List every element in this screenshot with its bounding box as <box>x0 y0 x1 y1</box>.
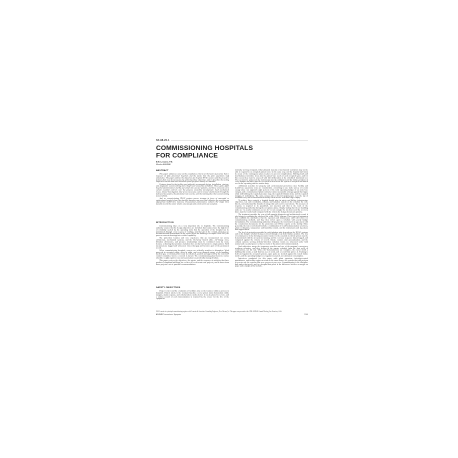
two-column-body: ABSTRACT This paper addresses some of th… <box>156 169 308 308</box>
author-footnote: E.M. Lemoine is a principal commissionin… <box>156 311 308 313</box>
author-block: E.M. Lemoine, P.E. Member ASHRAE <box>156 161 308 166</box>
author-affiliation: Member ASHRAE <box>156 163 308 165</box>
body-paragraph: Additional remedies for property and env… <box>235 185 308 198</box>
paper-title-line1: COMMISSIONING HOSPITALS <box>156 144 308 152</box>
safety-objectives-heading: SAFETY OBJECTIVES <box>156 286 229 289</box>
safety-objectives-section: SAFETY OBJECTIVES Proper review and the … <box>156 286 229 308</box>
body-paragraph: To achieve these controls, a hospital sh… <box>235 199 308 212</box>
body-paragraph: The level of protection provided to each… <box>235 231 308 244</box>
body-paragraph: And, as commissioning HVAC systems prove… <box>156 197 229 205</box>
body-paragraph: Features found in the facility may indir… <box>156 183 229 196</box>
body-paragraph: The protection features and care experie… <box>156 237 229 249</box>
paper-header: SF-98-20-1 <box>156 139 308 142</box>
page-footer: ASHRAE Transactions: Symposia 1104 <box>156 314 308 316</box>
body-paragraph: Proper review and the evaluation of faci… <box>156 290 229 300</box>
paper-page: SF-98-20-1 COMMISSIONING HOSPITALS FOR C… <box>156 136 308 322</box>
journal-name: ASHRAE Transactions: Symposia <box>156 314 181 316</box>
body-paragraph: This paper reviews the objectives, the a… <box>156 260 229 266</box>
body-paragraph: Such objectives merge the temporary reme… <box>235 245 308 257</box>
body-paragraph: Interviews conducted for this paper with… <box>235 258 308 268</box>
body-paragraph: This paper addresses some of the complia… <box>156 173 229 183</box>
paper-code: SF-98-20-1 <box>156 139 169 142</box>
abstract-heading: ABSTRACT <box>156 169 229 172</box>
introduction-heading: INTRODUCTION <box>156 221 229 224</box>
page-number: 1104 <box>304 314 308 316</box>
header-dotted-rule <box>171 141 308 142</box>
right-column: statically serving occupants. Other phys… <box>235 169 308 308</box>
body-paragraph: statically serving occupants. Other phys… <box>235 169 308 184</box>
body-paragraph: When commissioning hospitals, owners are… <box>156 249 229 259</box>
paper-title-line2: FOR COMPLIANCE <box>156 152 308 160</box>
introduction-section: INTRODUCTION Commissioning takes on a ve… <box>156 221 229 283</box>
body-paragraph: The treatment provides the year of full-… <box>235 213 308 230</box>
body-paragraph: Commissioning takes on a very important … <box>156 225 229 237</box>
abstract-section: ABSTRACT This paper addresses some of th… <box>156 169 229 218</box>
paper-title: COMMISSIONING HOSPITALS FOR COMPLIANCE <box>156 144 308 159</box>
left-column: ABSTRACT This paper addresses some of th… <box>156 169 229 308</box>
